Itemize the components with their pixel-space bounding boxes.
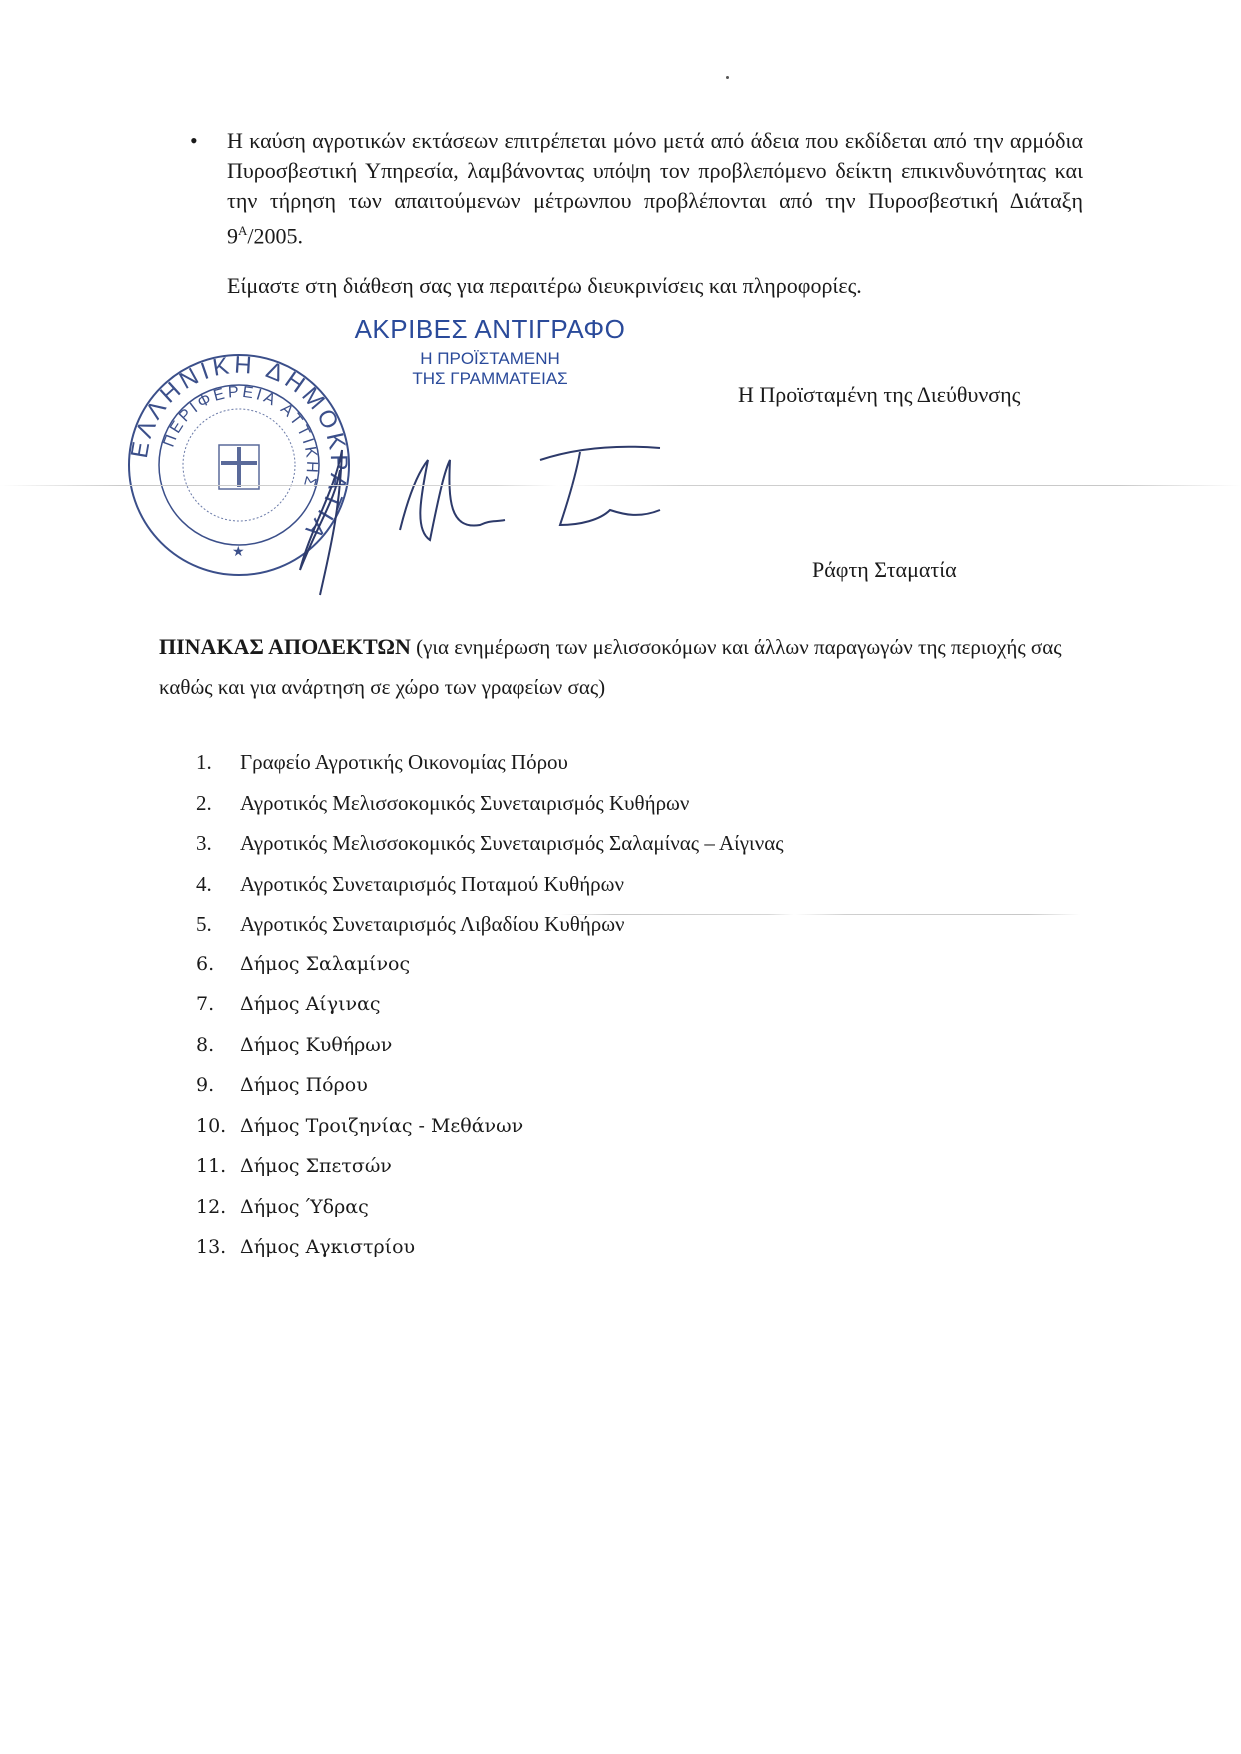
closing-sentence: Είμαστε στη διάθεση σας για περαιτέρω δι…: [227, 271, 862, 301]
recipient-list-item: 3.Αγροτικός Μελισσοκομικός Συνεταιρισμός…: [196, 831, 784, 856]
recipient-list-item: 13.Δήμος Αγκιστρίου: [196, 1236, 415, 1258]
recipient-name: Δήμος Σαλαμίνος: [240, 953, 410, 975]
signatory-title: Η Προϊσταμένη της Διεύθυνσης: [738, 382, 1020, 408]
recipient-list-item: 4.Αγροτικός Συνεταιρισμός Ποταμού Κυθήρω…: [196, 872, 624, 897]
recipient-name: Γραφείο Αγροτικής Οικονομίας Πόρου: [240, 750, 568, 774]
recipient-list-item: 6.Δήμος Σαλαμίνος: [196, 953, 410, 975]
handwritten-signature: [280, 430, 700, 600]
recipient-number: 11.: [196, 1155, 240, 1177]
recipient-number: 6.: [196, 953, 240, 975]
bullet-paragraph: Η καύση αγροτικών εκτάσεων επιτρέπεται μ…: [227, 126, 1083, 251]
bullet-paragraph-text: Η καύση αγροτικών εκτάσεων επιτρέπεται μ…: [227, 128, 1083, 248]
recipient-number: 10.: [196, 1115, 240, 1137]
bullet-paragraph-tail: /2005.: [247, 223, 303, 248]
recipient-number: 8.: [196, 1034, 240, 1056]
recipient-name: Δήμος Ύδρας: [240, 1196, 369, 1218]
bullet-icon: •: [190, 128, 198, 154]
recipient-list-item: 7.Δήμος Αίγινας: [196, 993, 381, 1015]
recipient-list-item: 2.Αγροτικός Μελισσοκομικός Συνεταιρισμός…: [196, 791, 689, 816]
seal-star-icon: ★: [232, 544, 245, 561]
stray-mark: [726, 76, 729, 79]
recipient-number: 1.: [196, 750, 240, 775]
recipient-number: 4.: [196, 872, 240, 897]
recipient-name: Δήμος Τροιζηνίας - Μεθάνων: [240, 1115, 523, 1137]
fold-line: [0, 485, 1241, 486]
recipient-name: Δήμος Πόρου: [240, 1074, 368, 1096]
recipient-list-item: 12.Δήμος Ύδρας: [196, 1196, 369, 1218]
recipient-name: Αγροτικός Συνεταιρισμός Λιβαδίου Κυθήρων: [240, 912, 625, 936]
recipient-name: Αγροτικός Μελισσοκομικός Συνεταιρισμός Σ…: [240, 831, 784, 855]
copy-stamp-title: ΑΚΡΙΒΕΣ ΑΝΤΙΓΡΑΦΟ: [340, 314, 640, 345]
bullet-paragraph-sup: Α: [238, 223, 247, 238]
recipient-number: 13.: [196, 1236, 240, 1258]
recipient-number: 2.: [196, 791, 240, 816]
recipient-name: Αγροτικός Μελισσοκομικός Συνεταιρισμός Κ…: [240, 791, 689, 815]
recipient-name: Αγροτικός Συνεταιρισμός Ποταμού Κυθήρων: [240, 872, 624, 896]
recipient-number: 7.: [196, 993, 240, 1015]
recipient-name: Δήμος Αίγινας: [240, 993, 381, 1015]
recipient-list-item: 9.Δήμος Πόρου: [196, 1074, 368, 1096]
recipients-heading-title: ΠΙΝΑΚΑΣ ΑΠΟΔΕΚΤΩΝ: [159, 634, 411, 659]
recipient-number: 3.: [196, 831, 240, 856]
recipient-number: 12.: [196, 1196, 240, 1218]
recipient-name: Δήμος Αγκιστρίου: [240, 1236, 415, 1258]
copy-stamp-line3: ΤΗΣ ΓΡΑΜΜΑΤΕΙΑΣ: [340, 369, 640, 389]
copy-stamp: ΑΚΡΙΒΕΣ ΑΝΤΙΓΡΑΦΟ Η ΠΡΟΪΣΤΑΜΕΝΗ ΤΗΣ ΓΡΑΜ…: [340, 314, 640, 389]
recipient-number: 9.: [196, 1074, 240, 1096]
recipient-list-item: 1.Γραφείο Αγροτικής Οικονομίας Πόρου: [196, 750, 568, 775]
recipient-number: 5.: [196, 912, 240, 937]
copy-stamp-line2: Η ΠΡΟΪΣΤΑΜΕΝΗ: [340, 349, 640, 369]
recipient-list-item: 10.Δήμος Τροιζηνίας - Μεθάνων: [196, 1115, 523, 1137]
recipient-list-item: 5.Αγροτικός Συνεταιρισμός Λιβαδίου Κυθήρ…: [196, 912, 625, 937]
recipients-heading: ΠΙΝΑΚΑΣ ΑΠΟΔΕΚΤΩΝ (για ενημέρωση των μελ…: [159, 627, 1103, 707]
recipient-list-item: 8.Δήμος Κυθήρων: [196, 1034, 392, 1056]
signatory-name: Ράφτη Σταματία: [812, 557, 957, 583]
recipient-name: Δήμος Σπετσών: [240, 1155, 392, 1177]
recipient-name: Δήμος Κυθήρων: [240, 1034, 392, 1056]
fold-line: [560, 914, 1080, 915]
recipient-list-item: 11.Δήμος Σπετσών: [196, 1155, 392, 1177]
